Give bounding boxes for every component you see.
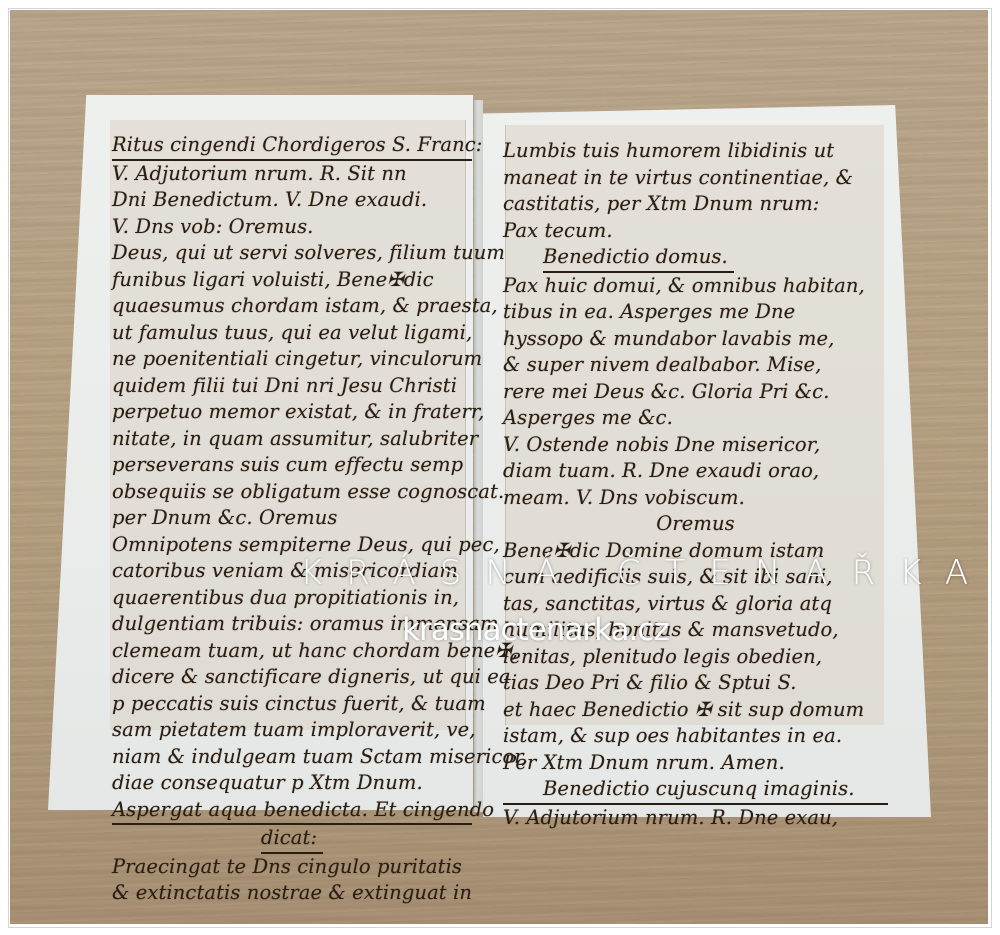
manuscript-line: tibus in ea. Asperges me Dne: [503, 299, 888, 326]
manuscript-line: et haec Benedictio ✠ sit sup domum: [503, 697, 888, 724]
manuscript-line: castitatis, per Xtm Dnum nrum:: [503, 191, 888, 218]
watermark-url: krasnactenarka.cz: [402, 612, 669, 648]
manuscript-line: & extinctatis nostrae & extinguat in: [112, 880, 472, 907]
left-page-heading: Ritus cingendi Chordigeros S. Franc:: [112, 132, 472, 161]
manuscript-line: Per Xtm Dnum nrum. Amen.: [503, 750, 888, 777]
manuscript-line: V. Ostende nobis Dne misericor,: [503, 432, 888, 459]
manuscript-line: ut famulus tuus, qui ea velut ligami,: [112, 320, 472, 347]
manuscript-line: Deus, qui ut servi solveres, filium tuum: [112, 240, 472, 267]
manuscript-line: hyssopo & mundabor lavabis me,: [503, 326, 888, 353]
section-heading-row: Benedictio domus.: [503, 244, 888, 273]
manuscript-line: per Dnum &c. Oremus: [112, 505, 472, 532]
manuscript-line: diam tuam. R. Dne exaudi orao,: [503, 458, 888, 485]
manuscript-line: sam pietatem tuam imploraverit, ve,: [112, 717, 472, 744]
manuscript-line: rere mei Deus &c. Gloria Pri &c.: [503, 379, 888, 406]
manuscript-line-rubric: Aspergat aqua benedicta. Et cingendo: [112, 797, 472, 826]
manuscript-line: niam & indulgeam tuam Sctam misericor,: [112, 744, 472, 771]
manuscript-line-rubric: dicat:: [112, 825, 472, 854]
manuscript-line: ne poenitentiali cingetur, vinculorum: [112, 346, 472, 373]
watermark-title: KRÁSNÁ ČTENÁŘKA: [300, 553, 992, 593]
manuscript-line: Pax tecum.: [503, 218, 888, 245]
manuscript-line: perpetuo memor existat, & in fraterr,: [112, 399, 472, 426]
left-page-text: Ritus cingendi Chordigeros S. Franc: V. …: [112, 132, 472, 907]
manuscript-line: obsequiis se obligatum esse cognoscat.: [112, 479, 472, 506]
manuscript-line: Praecingat te Dns cingulo puritatis: [112, 854, 472, 881]
manuscript-line: & super nivem dealbabor. Mise,: [503, 352, 888, 379]
manuscript-line: perseverans suis cum effectu semp: [112, 452, 472, 479]
manuscript-line: diae consequatur p Xtm Dnum.: [112, 770, 472, 797]
manuscript-line: meam. V. Dns vobiscum.: [503, 485, 888, 512]
manuscript-line: Oremus: [503, 511, 888, 538]
manuscript-line: istam, & sup oes habitantes in ea.: [503, 723, 888, 750]
benedictio-domus-heading: Benedictio domus.: [543, 244, 734, 273]
manuscript-line: p peccatis suis cinctus fuerit, & tuam: [112, 691, 472, 718]
manuscript-line: quaesumus chordam istam, & praesta,: [112, 293, 472, 320]
manuscript-line: Asperges me &c.: [503, 405, 888, 432]
manuscript-line: V. Adjutorium nrum. R. Sit nn: [112, 161, 472, 188]
manuscript-line: maneat in te virtus continentiae, &: [503, 165, 888, 192]
right-page-text: Lumbis tuis humorem libidinis ut maneat …: [503, 138, 888, 831]
manuscript-line: Pax huic domui, & omnibus habitan,: [503, 273, 888, 300]
manuscript-line: V. Dns vob: Oremus.: [112, 214, 472, 241]
manuscript-line: nitate, in quam assumitur, salubriter: [112, 426, 472, 453]
manuscript-line: dicere & sanctificare digneris, ut qui e…: [112, 664, 472, 691]
manuscript-line: Dni Benedictum. V. Dne exaudi.: [112, 187, 472, 214]
manuscript-line: funibus ligari voluisti, Bene✠dic: [112, 267, 472, 294]
manuscript-line: Lumbis tuis humorem libidinis ut: [503, 138, 888, 165]
rubric-underlined: dicat:: [261, 825, 323, 854]
manuscript-line: quidem filii tui Dni nri Jesu Christi: [112, 373, 472, 400]
manuscript-line: V. Adjutorium nrum. R. Dne exau,: [503, 805, 888, 832]
benedictio-imaginis-heading: Benedictio cujuscunq imaginis.: [503, 776, 888, 805]
manuscript-line: tias Deo Pri & filio & Sptui S.: [503, 670, 888, 697]
